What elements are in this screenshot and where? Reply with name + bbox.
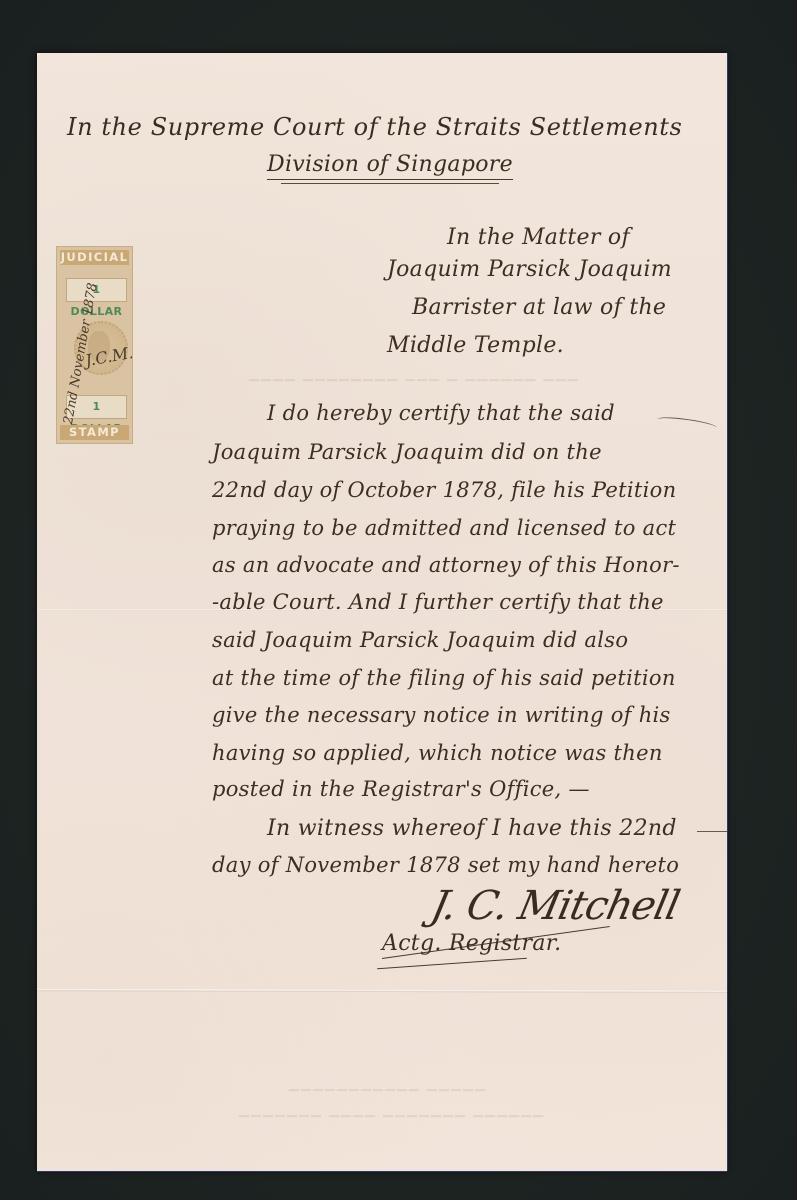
registrar-signature: J. C. Mitchell [427, 883, 683, 929]
body-line: praying to be admitted and licensed to a… [212, 516, 676, 540]
body-line: give the necessary notice in writing of … [212, 703, 671, 727]
pen-flourish [697, 831, 727, 832]
body-line: -able Court. And I further certify that … [212, 590, 664, 614]
stamp-bottom-band: STAMP [60, 425, 129, 440]
body-line: as an advocate and attorney of this Hono… [212, 553, 680, 577]
stamp-top-band: JUDICIAL [60, 250, 129, 265]
body-line: said Joaquim Parsick Joaquim did also [212, 628, 628, 652]
matter-line: Middle Temple. [387, 333, 564, 358]
bleed-through-text: ▁▁▁ ▁▁▁▁▁▁ ▁ ▁▁▁ ▁▁▁▁▁▁▁▁ ▁▁▁▁ [247, 367, 578, 382]
body-line: posted in the Registrar's Office, — [212, 777, 590, 801]
paper-fold-crease [37, 988, 727, 993]
bleed-through-text: ▁▁▁▁▁▁ ▁▁▁▁▁▁▁ ▁▁▁▁ ▁▁▁▁▁▁▁ [237, 1103, 543, 1118]
judicial-revenue-stamp: JUDICIAL 1 DOLLAR J.C.M. 1 DOLLAR STAMP … [56, 246, 133, 444]
document-page: ▁▁▁ ▁▁▁▁▁▁ ▁ ▁▁▁ ▁▁▁▁▁▁▁▁ ▁▁▁▁ ▁▁▁▁▁ ▁▁▁… [37, 53, 727, 1171]
witness-line: In witness whereof I have this 22nd [267, 816, 677, 841]
court-heading: In the Supreme Court of the Straits Sett… [67, 113, 682, 141]
pen-flourish [657, 415, 718, 432]
court-division: Division of Singapore [267, 152, 513, 180]
matter-line: In the Matter of [447, 225, 630, 250]
witness-line: day of November 1878 set my hand hereto [212, 853, 679, 877]
title-underline [377, 958, 527, 969]
registrar-title: Actg. Registrar. [382, 931, 561, 956]
matter-line: Joaquim Parsick Joaquim [387, 257, 672, 282]
matter-line: Barrister at law of the [412, 295, 666, 320]
body-line: 22nd day of October 1878, file his Petit… [212, 478, 676, 502]
body-line: I do hereby certify that the said [267, 401, 615, 425]
bleed-through-text: ▁▁▁▁▁ ▁▁▁▁▁▁▁▁▁▁▁ [287, 1077, 485, 1092]
body-line: at the time of the filing of his said pe… [212, 666, 676, 690]
body-line: having so applied, which notice was then [212, 741, 663, 765]
body-line: Joaquim Parsick Joaquim did on the [212, 440, 602, 464]
